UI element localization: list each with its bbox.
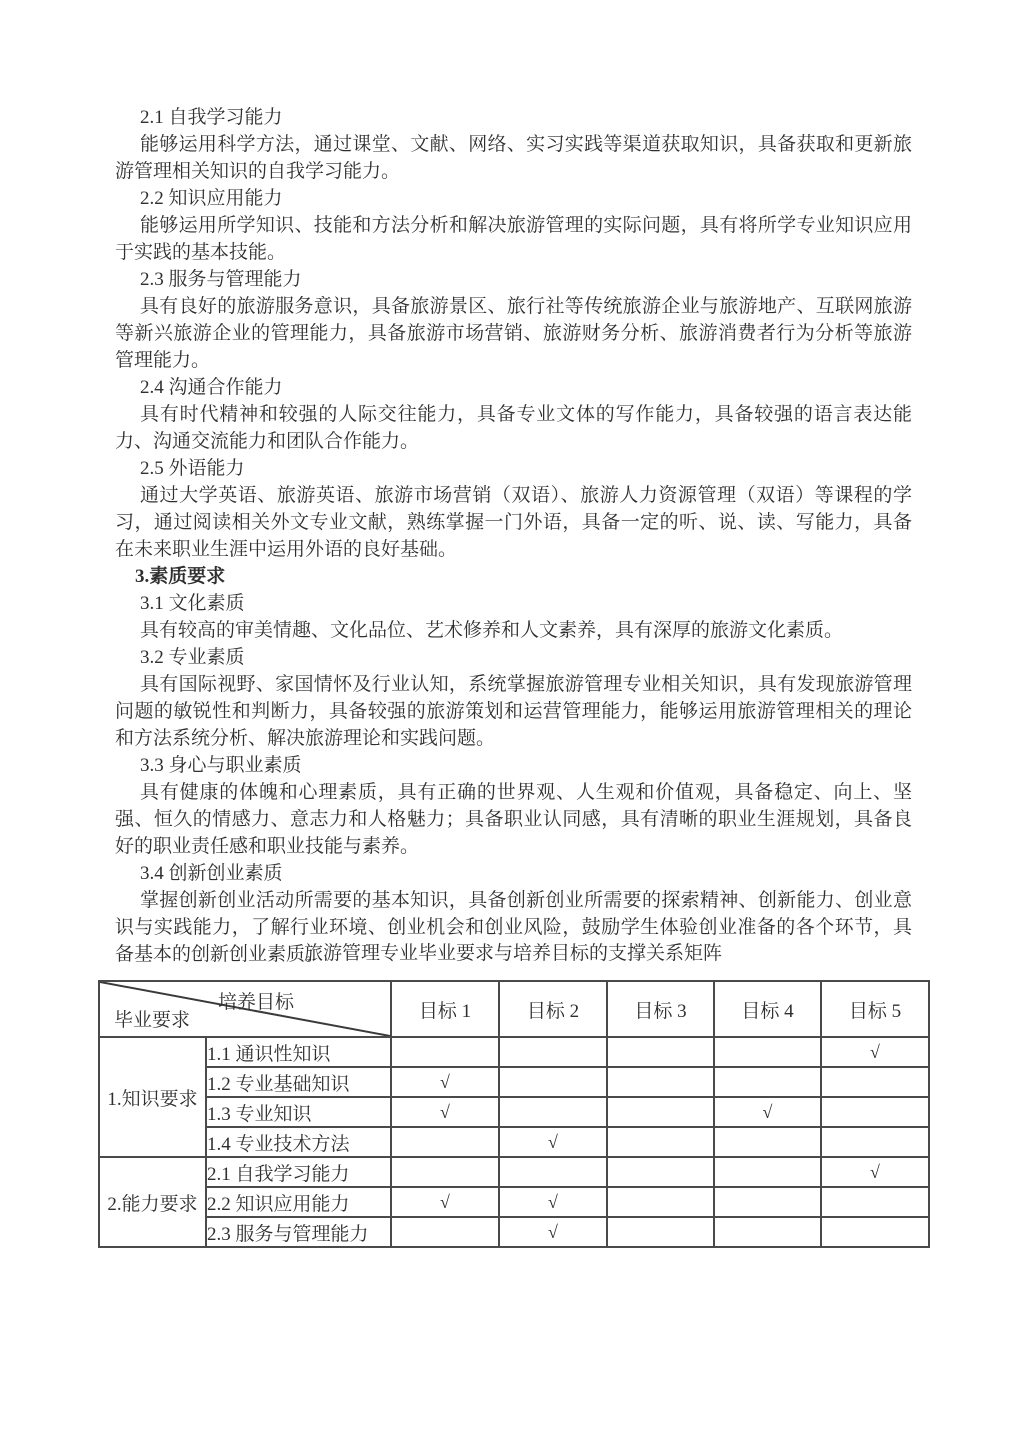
mark-cell: √ [821,1157,929,1187]
goal-header-1: 目标 1 [391,981,499,1037]
mark-cell [714,1037,821,1067]
paragraph: 具有健康的体魄和心理素质，具有正确的世界观、人生观和价值观，具备稳定、向上、坚强… [115,779,912,860]
requirement-label: 2.2 知识应用能力 [206,1187,391,1217]
paragraph: 具有良好的旅游服务意识，具备旅游景区、旅行社等传统旅游企业与旅游地产、互联网旅游… [115,293,912,374]
requirement-label: 2.3 服务与管理能力 [206,1217,391,1247]
mark-cell [499,1157,607,1187]
document-body: 2.1 自我学习能力 能够运用科学方法，通过课堂、文献、网络、实习实践等渠道获取… [115,104,912,968]
heading-3-3: 3.3 身心与职业素质 [115,752,912,779]
table-header-row: 培养目标 毕业要求 目标 1 目标 2 目标 3 目标 4 目标 5 [99,981,929,1037]
heading-2-5: 2.5 外语能力 [115,455,912,482]
heading-3-4: 3.4 创新创业素质 [115,860,912,887]
mark-cell: √ [821,1037,929,1067]
corner-label-goals: 培养目标 [218,987,294,1014]
diagonal-header-cell: 培养目标 毕业要求 [99,981,391,1037]
table-row: 2.2 知识应用能力 √ √ [99,1187,929,1217]
mark-cell [607,1097,714,1127]
heading-3-2: 3.2 专业素质 [115,644,912,671]
mark-cell [499,1097,607,1127]
mark-cell: √ [391,1067,499,1097]
mark-cell [499,1067,607,1097]
table-row: 1.3 专业知识 √ √ [99,1097,929,1127]
paragraph: 能够运用科学方法，通过课堂、文献、网络、实习实践等渠道获取知识，具备获取和更新旅… [115,131,912,185]
goal-header-2: 目标 2 [499,981,607,1037]
table-row: 2.3 服务与管理能力 √ [99,1217,929,1247]
mark-cell: √ [499,1187,607,1217]
support-matrix-table: 培养目标 毕业要求 目标 1 目标 2 目标 3 目标 4 目标 5 1.知识要… [98,980,930,1248]
mark-cell [714,1157,821,1187]
mark-cell [391,1037,499,1067]
mark-cell [821,1187,929,1217]
goal-header-5: 目标 5 [821,981,929,1037]
mark-cell [607,1217,714,1247]
requirement-label: 2.1 自我学习能力 [206,1157,391,1187]
paragraph: 具有较高的审美情趣、文化品位、艺术修养和人文素养，具有深厚的旅游文化素质。 [115,617,912,644]
mark-cell [607,1157,714,1187]
requirement-label: 1.2 专业基础知识 [206,1067,391,1097]
mark-cell [821,1217,929,1247]
heading-2-1: 2.1 自我学习能力 [115,104,912,131]
goal-header-3: 目标 3 [607,981,714,1037]
requirement-label: 1.3 专业知识 [206,1097,391,1127]
group-label-ability: 2.能力要求 [99,1157,206,1247]
mark-cell [714,1067,821,1097]
mark-cell [391,1127,499,1157]
table-row: 1.4 专业技术方法 √ [99,1127,929,1157]
table-row: 1.知识要求 1.1 通识性知识 √ [99,1037,929,1067]
paragraph: 具有国际视野、家国情怀及行业认知，系统掌握旅游管理专业相关知识，具有发现旅游管理… [115,671,912,752]
mark-cell [821,1127,929,1157]
heading-2-3: 2.3 服务与管理能力 [115,266,912,293]
mark-cell [391,1157,499,1187]
paragraph: 具有时代精神和较强的人际交往能力，具备专业文体的写作能力，具备较强的语言表达能力… [115,401,912,455]
mark-cell [714,1187,821,1217]
table-title: 旅游管理专业毕业要求与培养目标的支撑关系矩阵 [98,940,928,967]
mark-cell: √ [391,1097,499,1127]
table-row: 2.能力要求 2.1 自我学习能力 √ [99,1157,929,1187]
corner-label-requirements: 毕业要求 [114,1005,190,1032]
paragraph: 能够运用所学知识、技能和方法分析和解决旅游管理的实际问题，具有将所学专业知识应用… [115,212,912,266]
mark-cell [607,1127,714,1157]
support-matrix-section: 旅游管理专业毕业要求与培养目标的支撑关系矩阵 培养目标 毕业要求 [98,940,928,1248]
mark-cell [607,1037,714,1067]
goal-header-4: 目标 4 [714,981,821,1037]
table-row: 1.2 专业基础知识 √ [99,1067,929,1097]
mark-cell [607,1067,714,1097]
document-page: 2.1 自我学习能力 能够运用科学方法，通过课堂、文献、网络、实习实践等渠道获取… [0,0,1024,1448]
mark-cell [821,1067,929,1097]
heading-3: 3.素质要求 [115,563,912,590]
mark-cell: √ [714,1097,821,1127]
paragraph: 通过大学英语、旅游英语、旅游市场营销（双语）、旅游人力资源管理（双语）等课程的学… [115,482,912,563]
mark-cell [391,1217,499,1247]
heading-2-2: 2.2 知识应用能力 [115,185,912,212]
mark-cell [499,1037,607,1067]
mark-cell: √ [391,1187,499,1217]
requirement-label: 1.1 通识性知识 [206,1037,391,1067]
heading-3-1: 3.1 文化素质 [115,590,912,617]
mark-cell [607,1187,714,1217]
mark-cell [714,1217,821,1247]
mark-cell [821,1097,929,1127]
requirement-label: 1.4 专业技术方法 [206,1127,391,1157]
mark-cell: √ [499,1217,607,1247]
mark-cell [714,1127,821,1157]
heading-2-4: 2.4 沟通合作能力 [115,374,912,401]
group-label-knowledge: 1.知识要求 [99,1037,206,1157]
mark-cell: √ [499,1127,607,1157]
